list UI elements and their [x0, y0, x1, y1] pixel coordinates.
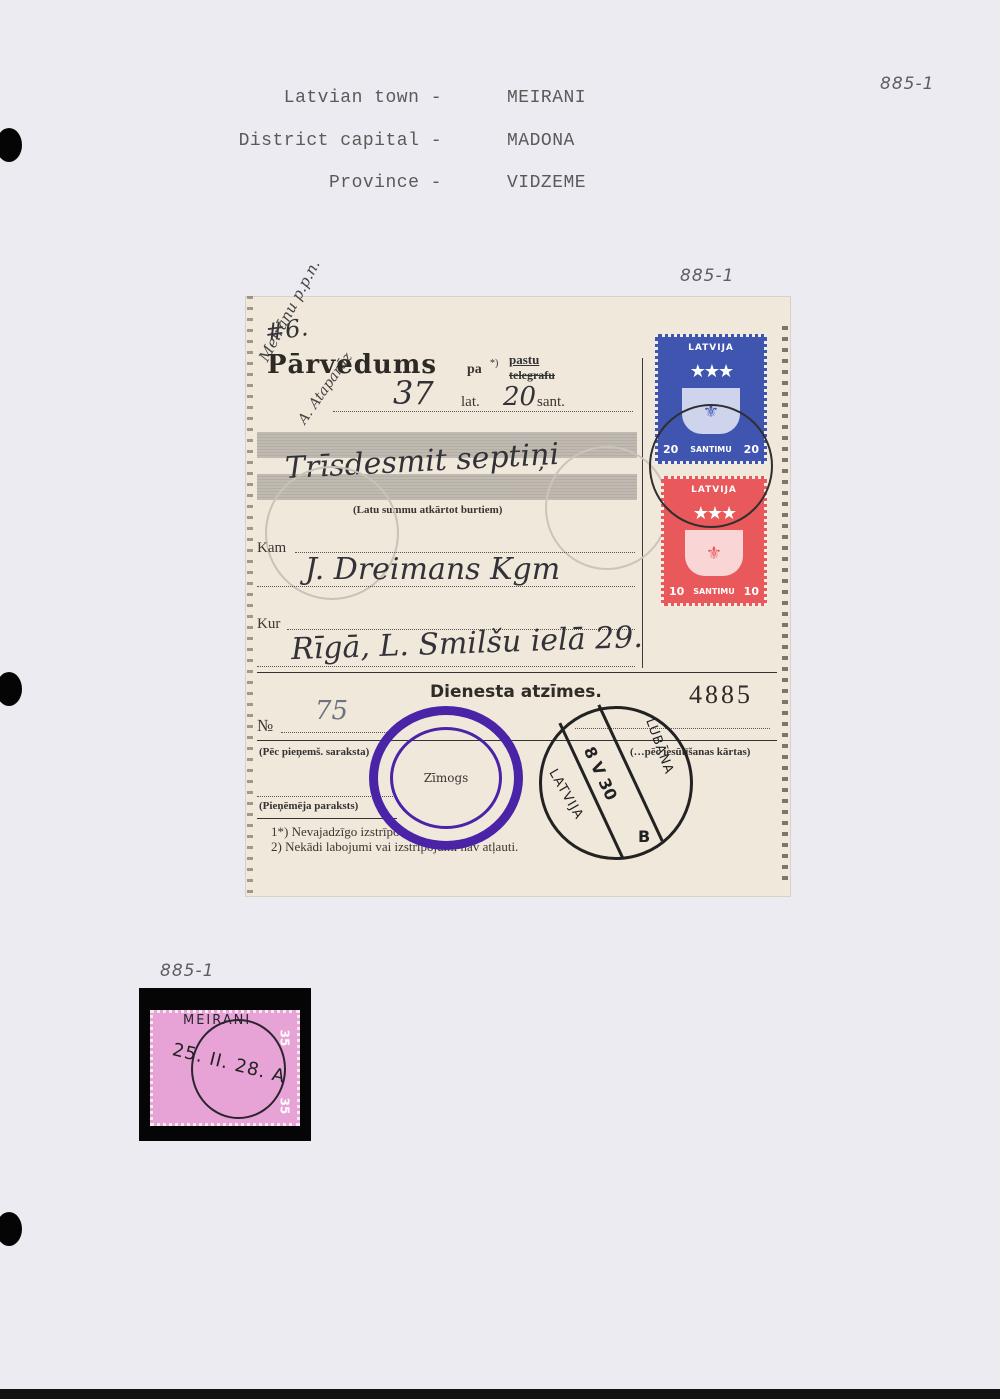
handwritten-margin-note-1: Meirānu p.p.n. — [255, 257, 324, 365]
stamp-country: LATVIJA — [688, 343, 734, 353]
violet-parish-seal: Zīmogs — [369, 706, 523, 850]
money-transfer-form: #6. Meirānu p.p.n. A. Ataparūz Pārvedums… — [245, 296, 791, 897]
handwritten-amount-lats: 37 — [393, 374, 434, 412]
footer-divider — [257, 818, 397, 819]
handwritten-amount-santims: 20 — [503, 382, 536, 412]
stamp-value-right: 10 — [744, 585, 759, 598]
binder-punch-hole — [0, 1212, 22, 1246]
method-option-telegraph: telegrafu — [509, 368, 555, 383]
postmark-country: LATVIJA — [545, 767, 586, 823]
per-register-caption: (Pēc pieņemš. saraksta) — [259, 746, 369, 758]
handwritten-recipient: J. Dreimans Kgm — [305, 552, 560, 587]
amount-line — [333, 411, 633, 412]
postmark-town: LUBĀNA — [642, 716, 676, 776]
method-option-post: pastu — [509, 352, 539, 368]
stamp-value-bottom: 35 — [278, 1098, 292, 1115]
lats-label: lat. — [461, 394, 480, 411]
footnote-mark: *) — [490, 358, 498, 369]
info-value-province: VIDZEME — [507, 173, 586, 193]
stars-icon: ★★★ — [690, 362, 732, 380]
binder-punch-hole — [0, 672, 22, 706]
address-label: Kur — [257, 616, 280, 633]
postmark-town: MEIRANI — [183, 1013, 251, 1028]
form-title-pa: pa — [467, 362, 482, 378]
coat-of-arms-icon: ⚜ — [685, 530, 743, 576]
perforation-right — [782, 326, 788, 886]
info-label-province: Province - — [202, 173, 442, 193]
info-value-district: MADONA — [507, 131, 575, 151]
binder-punch-hole — [0, 128, 22, 162]
footnote-1: 1*) Nevajadzīgo izstrīpot. — [271, 824, 406, 840]
document-reference-label: 885-1 — [680, 266, 734, 286]
info-label-district: District capital - — [202, 131, 442, 151]
stamp-unit: SANTIMU — [693, 587, 735, 596]
lubana-postmark: 8 V 30 LUBĀNA LATVIJA B — [539, 706, 693, 860]
serial-number: 4885 — [689, 680, 753, 710]
service-divider — [257, 740, 777, 741]
loose-stamp-reference-label: 885-1 — [160, 961, 214, 981]
handwritten-receipt-number: 75 — [315, 696, 348, 726]
stamp-mount: 35 35 MEIRANI 25. II. 28. A — [139, 988, 311, 1141]
scan-edge — [0, 1389, 1000, 1399]
seal-label: Zīmogs — [378, 771, 514, 785]
number-line — [281, 732, 391, 733]
handwritten-address: Rīgā, L. Smilšu ielā 29. — [290, 620, 643, 667]
number-sign: № — [257, 716, 273, 736]
stamp-tie-postmark — [649, 404, 773, 528]
perforation-left — [247, 296, 253, 897]
receiver-signature-caption: (Pieņēmēja paraksts) — [259, 800, 358, 812]
postage-stamp-35: 35 35 MEIRANI 25. II. 28. A — [150, 1010, 300, 1126]
stamp-value-left: 10 — [669, 585, 684, 598]
recipient-label: Kam — [257, 540, 286, 557]
santims-label: sant. — [537, 394, 565, 411]
page-reference-label: 885-1 — [880, 74, 934, 94]
service-marks-title: Dienesta atzīmes. — [430, 682, 602, 702]
info-value-town: MEIRANI — [507, 88, 586, 108]
info-label-town: Latvian town - — [202, 88, 442, 108]
section-divider — [257, 672, 777, 673]
postmark-letter: B — [638, 827, 650, 846]
